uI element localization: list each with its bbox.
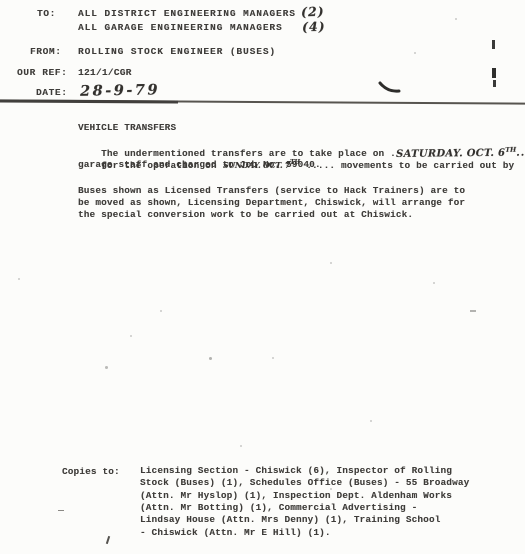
para2-line: be moved as shown, Licensing Department,… [78,197,465,209]
copies-line: (Attn. Mr Botting) (1), Commercial Adver… [140,502,469,514]
para1-line3: garage staff and charged to Job No. 5904… [78,159,321,170]
scan-speck [272,357,274,359]
stray-mark [106,536,110,544]
to-line-1: ALL DISTRICT ENGINEERING MANAGERS [78,8,296,19]
typed-fill-dots: ... [516,147,525,158]
copies-line: Licensing Section - Chiswick (6), Inspec… [140,465,469,477]
copies-to-label: Copies to: [62,466,120,477]
to-count-1-handwritten: (2) [301,4,325,20]
scan-speck [414,52,416,54]
scan-speck [160,310,162,312]
date-label: DATE: [36,87,68,98]
header-divider-rule-left [0,100,178,104]
copies-line: (Attn. Mr Hyslop) (1), Inspection Dept. … [140,490,469,502]
scan-speck [240,445,242,447]
to-count-2-handwritten: (4) [302,19,326,35]
para2-line: Buses shown as Licensed Transfers (servi… [78,185,465,197]
copies-line: - Chiswick (Attn. Mr E Hill) (1). [140,527,469,539]
para2: Buses shown as Licensed Transfers (servi… [78,185,465,222]
scan-speck [330,262,332,264]
stray-mark [58,510,64,511]
date-value-handwritten: 28-9-79 [80,81,160,99]
scan-speck [370,420,372,422]
scan-speck [130,335,132,337]
to-label: TO: [37,8,56,19]
scan-speck [209,357,212,360]
edge-mark [493,80,496,87]
our-ref-value: 121/1/CGR [78,67,132,78]
to-line-2: ALL GARAGE ENGINEERING MANAGERS [78,22,283,33]
edge-mark [492,40,495,49]
from-value: ROLLING STOCK ENGINEER (BUSES) [78,46,276,57]
our-ref-label: OUR REF: [17,67,67,78]
edge-mark [492,68,496,78]
scan-speck [105,366,108,369]
scan-speck [433,282,435,284]
scan-speck [455,18,457,20]
copies-list: Licensing Section - Chiswick (6), Inspec… [140,465,469,539]
para2-line: the special conversion work to be carrie… [78,209,465,221]
scan-speck [18,278,20,280]
copies-line: Stock (Buses) (1), Schedules Office (Bus… [140,477,469,489]
body-title: VEHICLE TRANSFERS [78,122,176,133]
pen-stroke-mark [378,80,402,94]
from-label: FROM: [30,46,62,57]
copies-line: Lindsay House (Attn. Mrs Denny) (1), Tra… [140,514,469,526]
para1-line2-typed-post: ..... movements to be carried out by [306,160,514,171]
scan-speck [470,310,476,312]
memo-document: TO: ALL DISTRICT ENGINEERING MANAGERS (2… [0,0,525,554]
scan-speck [330,488,332,490]
